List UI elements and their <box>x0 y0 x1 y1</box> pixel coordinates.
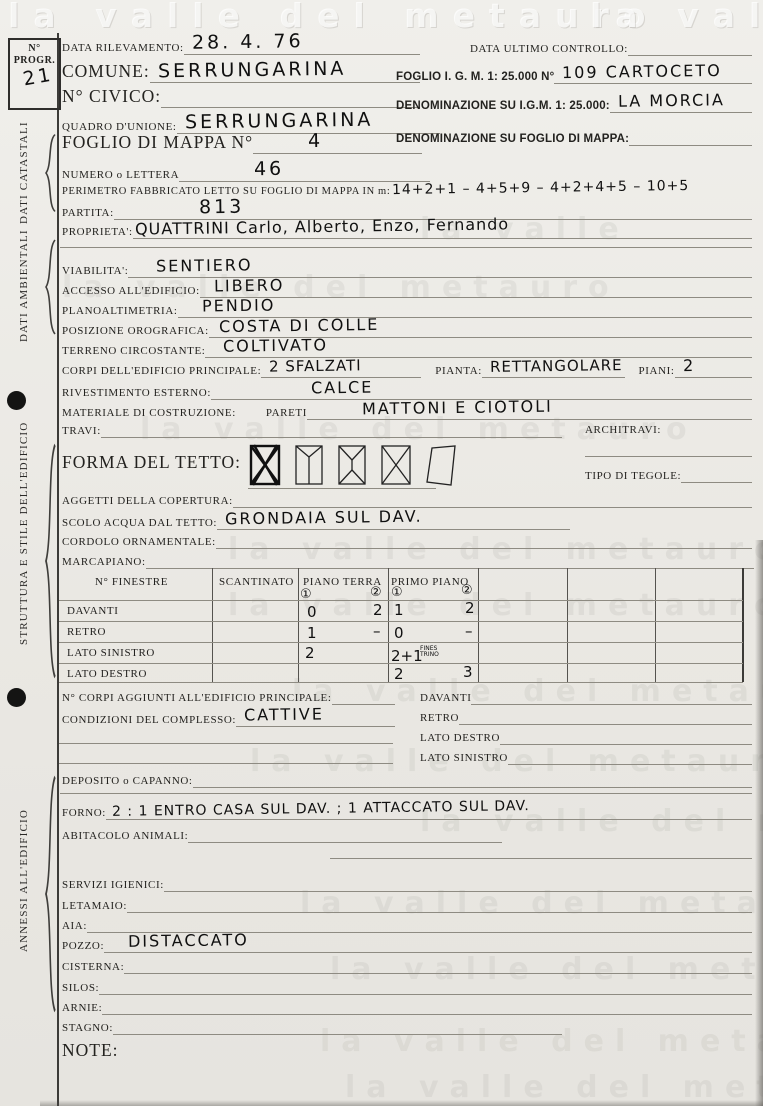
field-value: CATTIVE <box>244 704 324 724</box>
field-label: CONDIZIONI DEL COMPLESSO: <box>62 714 236 727</box>
field-marcapiano: MARCAPIANO: <box>62 549 754 569</box>
cell-value: 2 <box>394 665 404 683</box>
sidebar-divider <box>57 33 59 1106</box>
field-label: CISTERNA: <box>62 961 124 974</box>
field-lato-sinistro: LATO SINISTRO <box>420 745 752 765</box>
field-value: 2 SFALZATI <box>269 356 362 375</box>
progr-value: 21 <box>21 64 55 91</box>
field-lato-davanti: DAVANTI <box>420 685 752 705</box>
field-label: FOGLIO DI MAPPA N° <box>62 132 253 154</box>
field-label: DATA RILEVAMENTO: <box>62 42 184 55</box>
field-label: N° CORPI AGGIUNTI ALL'EDIFICIO PRINCIPAL… <box>62 692 332 705</box>
cell-value: 3 <box>463 663 473 681</box>
field-label: LATO DESTRO <box>420 732 500 745</box>
sidebar-section-struttura-stile: STRUTTURA E STILE DELL'EDIFICIO <box>18 428 30 638</box>
field-label: LATO SINISTRO <box>420 752 508 765</box>
field-condizioni: CONDIZIONI DEL COMPLESSO: CATTIVE <box>62 705 395 727</box>
field-label: COMUNE: <box>62 61 150 83</box>
roof-gable-ridge-icon <box>293 443 325 487</box>
cell-value: 0 <box>394 624 404 642</box>
field-forno: FORNO: 2 : 1 ENTRO CASA SUL DAV. ; 1 ATT… <box>62 800 752 820</box>
field-lato-destro: LATO DESTRO <box>420 725 752 745</box>
table-gridline <box>655 568 656 682</box>
field-label: AGGETTI DELLA COPERTURA: <box>62 495 233 508</box>
field-tipo-tegole: TIPO DI TEGOLE: <box>585 463 752 483</box>
field-label: STAGNO: <box>62 1022 113 1035</box>
field-label: SERVIZI IGIENICI: <box>62 879 164 892</box>
cell-value: 0 <box>307 603 317 621</box>
table-gridline <box>567 568 568 682</box>
field-foglio-mappa: FOGLIO DI MAPPA N° 4 <box>62 130 422 154</box>
field-materiale-costruzione: MATERIALE DI COSTRUZIONE: PARETI MATTONI… <box>62 398 752 420</box>
field-stagno: STAGNO: <box>62 1015 562 1035</box>
field-label: RETRO <box>420 712 459 725</box>
table-gridline <box>57 621 743 622</box>
progr-label: N° PROGR. <box>10 43 59 67</box>
field-value: 2 : 1 ENTRO CASA SUL DAV. ; 1 ATTACCATO … <box>112 798 530 820</box>
field-lato-retro: RETRO <box>420 705 752 725</box>
field-value: 813 <box>199 196 245 219</box>
cell-value: 1 <box>394 601 404 619</box>
finestre-table: N° FINESTRE SCANTINATO PIANO TERRA PRIMO… <box>57 568 743 682</box>
field-corpi-edificio: CORPI DELL'EDIFICIO PRINCIPALE: 2 SFALZA… <box>62 356 752 378</box>
field-travi: TRAVI: <box>62 418 562 438</box>
field-n-civico: N° CIVICO: <box>62 86 420 108</box>
field-label: TIPO DI TEGOLE: <box>585 470 681 483</box>
field-label: CORPI DELL'EDIFICIO PRINCIPALE: <box>62 365 261 378</box>
field-planoaltimetria: PLANOALTIMETRIA: PENDIO <box>62 296 752 318</box>
roof-shape-options <box>248 443 458 489</box>
field-label: DEPOSITO o CAPANNO: <box>62 775 193 788</box>
table-gridline <box>298 568 299 682</box>
table-gridline <box>57 642 743 643</box>
field-terreno-circostante: TERRENO CIRCOSTANTE: COLTIVATO <box>62 336 752 358</box>
cell-value: – <box>465 622 473 640</box>
field-label-piani: PIANI: <box>639 365 675 378</box>
table-gridline <box>742 568 744 682</box>
sidebar-section-dati-ambientali: DATI AMBIENTALI <box>18 236 30 336</box>
field-label: ARNIE: <box>62 1002 102 1015</box>
field-label: DENOMINAZIONE SU I.G.M. 1: 25.000: <box>396 100 610 113</box>
ruled-line <box>58 763 393 764</box>
subcol-mark: ① <box>391 585 403 600</box>
field-value: PENDIO <box>201 295 275 315</box>
field-posizione-orografica: POSIZIONE OROGRAFICA: COSTA DI COLLE <box>62 316 752 338</box>
field-value: COSTA DI COLLE <box>219 315 380 336</box>
field-value: SENTIERO <box>156 255 253 275</box>
cell-value: 2 <box>305 644 315 662</box>
punch-hole <box>7 688 26 707</box>
field-label: FORMA DEL TETTO: <box>62 452 241 474</box>
page-edge-shadow <box>40 1100 763 1106</box>
roof-single-pitch-icon <box>424 443 458 489</box>
field-servizi: SERVIZI IGIENICI: <box>62 872 752 892</box>
subcol-mark: ② <box>370 585 382 600</box>
section-brace <box>44 440 57 682</box>
field-letamaio: LETAMAIO: <box>62 893 752 913</box>
roof-cross-icon <box>379 443 413 487</box>
field-label: TRAVI: <box>62 425 101 438</box>
table-row-label: RETRO <box>67 626 106 638</box>
table-gridline <box>478 568 479 682</box>
field-proprieta: PROPRIETA': QUATTRINI Carlo, Alberto, En… <box>62 217 752 239</box>
field-comune: COMUNE: SERRUNGARINA <box>62 59 420 83</box>
table-row-label: LATO DESTRO <box>67 668 147 680</box>
table-gridline <box>388 568 389 682</box>
field-value: 28. 4. 76 <box>192 30 304 54</box>
roof-hip-crossed-icon <box>248 443 282 487</box>
table-header-finestre: N° FINESTRE <box>95 576 168 588</box>
field-silos: SILOS: <box>62 975 752 995</box>
table-row-label: DAVANTI <box>67 605 118 617</box>
field-deposito: DEPOSITO o CAPANNO: <box>62 768 752 788</box>
table-header-primo-piano: PRIMO PIANO <box>391 576 469 588</box>
field-label: FOGLIO I. G. M. 1: 25.000 N° <box>396 71 554 84</box>
section-brace <box>44 133 57 213</box>
field-denominazione-igm: DENOMINAZIONE SU I.G.M. 1: 25.000: LA MO… <box>396 91 752 113</box>
field-value: 46 <box>254 158 284 180</box>
cell-value: 2 <box>465 599 475 617</box>
field-value: LIBERO <box>214 276 285 296</box>
field-label: DAVANTI <box>420 692 471 705</box>
punch-hole <box>7 391 26 410</box>
page-edge-shadow <box>755 540 763 1106</box>
field-aia: AIA: <box>62 913 752 933</box>
field-label: PROPRIETA': <box>62 226 133 239</box>
field-rivestimento: RIVESTIMENTO ESTERNO: CALCE <box>62 378 752 400</box>
field-label: LETAMAIO: <box>62 900 127 913</box>
field-accesso: ACCESSO ALL'EDIFICIO: LIBERO <box>62 276 752 298</box>
field-cordolo: CORDOLO ORNAMENTALE: <box>62 529 752 549</box>
field-label: CORDOLO ORNAMENTALE: <box>62 536 216 549</box>
field-value: MATTONI E CIOTOLI <box>362 397 553 419</box>
field-value: 109 CARTOCETO <box>562 61 722 82</box>
watermark-text: la valle <box>590 0 763 35</box>
subcol-mark: ① <box>300 587 312 602</box>
field-value: SERRUNGARINA <box>158 58 347 83</box>
field-label: DATA ULTIMO CONTROLLO: <box>470 43 628 56</box>
field-label: NOTE: <box>62 1040 119 1062</box>
subcol-mark: ② <box>461 583 473 598</box>
watermark-text: la valle del metauro <box>8 0 659 35</box>
cell-value: 2+1 <box>391 647 423 665</box>
ruled-line <box>585 456 752 457</box>
field-value: 4 <box>308 130 323 152</box>
field-label: DENOMINAZIONE SU FOGLIO DI MAPPA: <box>396 133 629 146</box>
field-label: SILOS: <box>62 982 99 995</box>
cell-value: 1 <box>307 624 317 642</box>
sidebar-section-annessi: ANNESSI ALL'EDIFICIO <box>18 812 30 950</box>
roof-double-pitch-icon <box>336 443 368 487</box>
field-denominazione-foglio: DENOMINAZIONE SU FOGLIO DI MAPPA: <box>396 126 752 146</box>
sidebar-section-dati-catastali: DATI CATASTALI <box>18 130 30 216</box>
ruled-line <box>330 858 752 859</box>
field-value-piani: 2 <box>682 356 694 375</box>
cell-note: FINES TRINO <box>420 646 444 658</box>
field-value: LA MORCIA <box>618 90 725 110</box>
field-value-pianta: RETTANGOLARE <box>490 356 623 376</box>
field-value: DISTACCATO <box>128 930 249 951</box>
field-label: ABITACOLO ANIMALI: <box>62 830 188 843</box>
field-abitacolo: ABITACOLO ANIMALI: <box>62 823 502 843</box>
ruled-line <box>60 793 752 794</box>
field-arnie: ARNIE: <box>62 995 752 1015</box>
progr-number-box: N° PROGR. 21 <box>8 38 61 110</box>
cell-value: – <box>373 622 381 640</box>
field-scolo-acqua: SCOLO ACQUA DAL TETTO: GRONDAIA SUL DAV. <box>62 508 570 530</box>
table-row-label: LATO SINISTRO <box>67 647 155 659</box>
field-note: NOTE: <box>62 1040 262 1062</box>
field-value: GRONDAIA SUL DAV. <box>225 507 423 529</box>
section-brace <box>44 772 57 1016</box>
field-architravi: ARCHITRAVI: <box>585 418 752 437</box>
field-value: CALCE <box>311 378 374 398</box>
cell-value: 2 <box>373 601 383 619</box>
field-label: POZZO: <box>62 940 104 953</box>
ruled-line <box>58 743 393 744</box>
field-foglio-igm: FOGLIO I. G. M. 1: 25.000 N° 109 CARTOCE… <box>396 62 752 84</box>
ruled-line <box>60 247 752 248</box>
field-value: QUATTRINI Carlo, Alberto, Enzo, Fernando <box>135 214 509 238</box>
section-brace <box>44 238 57 336</box>
field-label: ARCHITRAVI: <box>585 424 661 437</box>
field-pozzo: POZZO: DISTACCATO <box>62 931 752 953</box>
field-data-rilevamento: DATA RILEVAMENTO: 28. 4. 76 <box>62 31 420 55</box>
field-corpi-aggiunti: N° CORPI AGGIUNTI ALL'EDIFICIO PRINCIPAL… <box>62 685 395 705</box>
table-gridline <box>212 568 213 682</box>
scanned-survey-form: la valle del metauro la valle la valle l… <box>0 0 763 1106</box>
table-header-scantinato: SCANTINATO <box>219 576 294 588</box>
field-viabilita: VIABILITA': SENTIERO <box>62 256 752 278</box>
field-forma-tetto: FORMA DEL TETTO: <box>62 452 242 474</box>
field-data-ultimo-controllo: DATA ULTIMO CONTROLLO: <box>470 36 752 56</box>
field-cisterna: CISTERNA: <box>62 954 752 974</box>
field-label: FORNO: <box>62 807 106 820</box>
field-label-pianta: PIANTA: <box>435 365 482 378</box>
field-label: N° CIVICO: <box>62 86 161 108</box>
field-aggetti: AGGETTI DELLA COPERTURA: <box>62 488 752 508</box>
field-value: COLTIVATO <box>223 335 328 355</box>
